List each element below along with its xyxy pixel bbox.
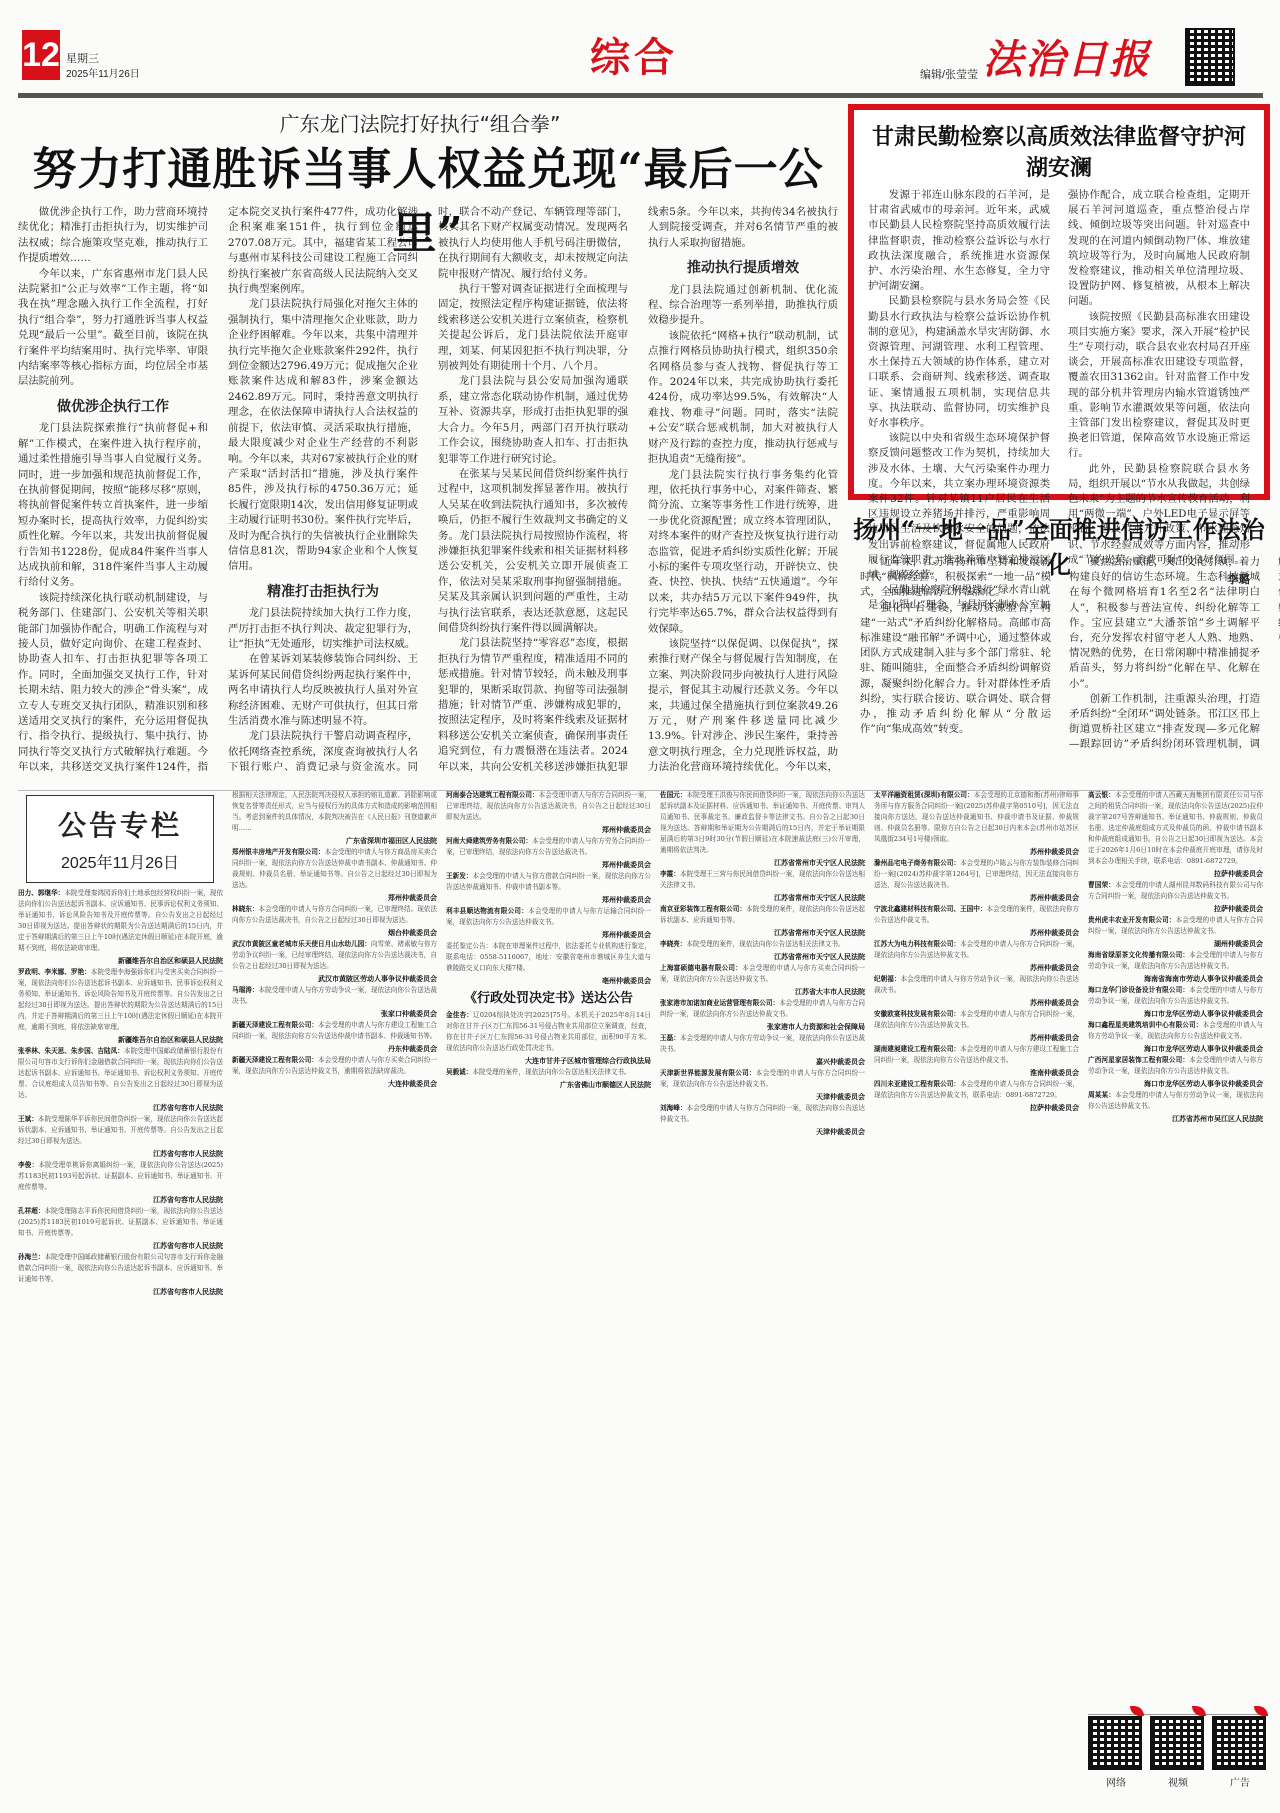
notice-issuer: 江苏省句容市人民法院 bbox=[18, 1195, 223, 1206]
notice-recipient: 新疆天泽建设工程有限公司 bbox=[232, 1056, 311, 1064]
notice-separator: ： bbox=[466, 1011, 473, 1019]
notice-separator: ： bbox=[364, 940, 371, 948]
notice-recipient: 湖南建昶建设工程有限公司 bbox=[874, 1045, 953, 1053]
second-paragraph: 近年来，江苏省扬州市坚持和发展新时代“枫桥经验”，积极探索“一地一品”模式，全面… bbox=[860, 555, 1051, 601]
notice-issuer: 郑州仲裁委员会 bbox=[446, 895, 651, 906]
notice-text: 本会受理的申请人与你方合同纠纷一案，已审理终结。现依法向你方公告送达裁决书，自公… bbox=[232, 905, 437, 924]
notice-recipient: 王新发 bbox=[446, 872, 466, 880]
notice-recipient: 周某某 bbox=[1088, 1091, 1108, 1099]
notice-entry: 上海富硕德电器有限公司：本会受理的申请人与你方买卖合同纠纷一案，现依法向你方公告… bbox=[660, 963, 865, 985]
notice-column: 河南泰合达建筑工程有限公司：本会受理申请人与你方合同纠纷一案，已审理终结，现依法… bbox=[446, 790, 651, 1750]
notice-entry: 委托鉴定公告：本院在审理案件过程中，依法委托专业机构进行鉴定，联系电话：0558… bbox=[446, 941, 651, 974]
notice-entry: 利丰县顺达物流有限公司：本会受理的申请人与你方运输合同纠纷一案，现依法向你方公告… bbox=[446, 906, 651, 928]
notice-recipient: 江苏大为电力科技有限公司 bbox=[874, 940, 953, 948]
notice-issuer: 亳州仲裁委员会 bbox=[446, 976, 651, 987]
qr-code-icon[interactable] bbox=[1185, 28, 1235, 86]
lead-paragraph: 龙门县法院持续加大执行工作力度，严厉打击拒不执行判决、裁定犯罪行为，让“拒执”无… bbox=[228, 606, 418, 652]
notice-separator: ： bbox=[953, 1010, 960, 1018]
notice-entry: 李晓亮：本院受理的案件，现依法向你公告送达相关法律文书。 bbox=[660, 939, 865, 950]
notice-text: 本院受理中国邮政储蓄银行股份有限公司句容市支行诉你金融借款合同纠纷一案，现依法向… bbox=[18, 1253, 223, 1283]
notice-separator: ： bbox=[967, 791, 974, 799]
boxed-paragraph: 发源于祁连山脉东段的石羊河，是甘肃省武威市的母亲河。近年来，武威市民勤县人民检察… bbox=[868, 188, 1050, 294]
notice-issuer: 湖州仲裁委员会 bbox=[1088, 939, 1263, 950]
notice-separator: ： bbox=[84, 968, 91, 976]
notice-issuer: 天津仲裁委员会 bbox=[660, 1092, 865, 1103]
notice-recipient: 滁州品宅电子商务有限公司 bbox=[874, 859, 953, 867]
notice-issuer: 大连仲裁委员会 bbox=[232, 1079, 437, 1090]
notice-entry: 李俊：本院受理单桃诉你离婚纠纷一案，现依法向你公告送达(2025)苏1183民初… bbox=[18, 1160, 223, 1193]
notice-text: 本会受理的申请人湖州昆邦数码科技有限公司与你方合同纠纷一案，现依法向你公告送达仲… bbox=[1088, 881, 1263, 900]
notice-entry: 海口龙华门诊设备设计有限公司：本会受理的申请人与你方劳动争议一案，现依法向你方公… bbox=[1088, 985, 1263, 1007]
notice-entry: 王新发：本会受理的申请人与你方借款合同纠纷一案，现依法向你方公告送达仲裁通知书、… bbox=[446, 871, 651, 893]
notice-separator: ： bbox=[953, 859, 960, 867]
notice-column: 佐国元：本院受理王洪俊与你民间借贷纠纷一案，现依法向你公告送达起诉状副本及证据材… bbox=[660, 790, 865, 1750]
notice-recipient: 田力、郭继华 bbox=[18, 889, 58, 897]
notice-separator: ： bbox=[117, 1047, 124, 1055]
notice-entry: 张家港市加诺加商业运营管理有限公司：本会受理的申请人与你方合同纠纷一案，现依法向… bbox=[660, 998, 865, 1020]
notice-text: 本院受理李海强诉你们与受害买卖合同纠纷一案，现依法向你们公告送达起诉书副本、应诉… bbox=[18, 968, 223, 1031]
notice-entry: 天津新世界能源发展有限公司：本会受理的申请人与你方合同纠纷一案，现依法向你方公告… bbox=[660, 1068, 865, 1090]
notice-recipient: 王磊 bbox=[660, 1034, 673, 1042]
second-paragraph: 强化平台建设，推动资源整合，构建“一站式”矛盾纠纷化解格局。高邮市高标准建设“融… bbox=[860, 601, 1051, 738]
notice-issuer: 苏州仲裁委员会 bbox=[874, 847, 1079, 858]
notice-text: 本院受理王三营与你民间借贷纠纷一案，现依法向你公告送达相关法律文书。 bbox=[660, 870, 865, 889]
notice-entry: 吴毅诚：本院受理的案件，现依法向你公告送达相关法律文书。 bbox=[446, 1067, 651, 1078]
notice-separator: ： bbox=[1169, 916, 1176, 924]
notice-entry: 河南大舜建筑劳务有限公司：本会受理的申请人与你方劳务合同纠纷一案，已审理终结，现… bbox=[446, 836, 651, 858]
notice-issuer: 苏州仲裁委员会 bbox=[874, 998, 1079, 1009]
notice-text: 本会受理的申请人与你方劳动争议一案，现依法向你公告送达仲裁文书。 bbox=[1088, 1091, 1263, 1110]
notice-column: 太平洋融资租赁(深圳)有限公司：本会受理的北京德和衡(苏州)律师事务所与你方服务… bbox=[874, 790, 1079, 1750]
notice-issuer: 江苏省句容市人民法院 bbox=[18, 1103, 223, 1114]
lead-subhead: 做优涉企执行工作 bbox=[18, 400, 208, 415]
notice-issuer: 天津仲裁委员会 bbox=[660, 1127, 865, 1138]
boxed-paragraph: 该院按照《民勤县高标准农田建设项目实施方案》要求，深入开展“检护民生”专项行动，… bbox=[1068, 310, 1250, 462]
notice-text: 本院受理申请人与你方劳动争议一案，现依法向你公告送达裁决书。 bbox=[232, 986, 437, 1005]
notice-text: 本院受理的案件，现依法向你公告送达相关法律文书。 bbox=[686, 940, 844, 948]
notice-separator: ： bbox=[1108, 881, 1115, 889]
notice-entry: 纪朝福：本会受理的申请人与你方劳动争议一案，现依法向你公告送达裁决书。 bbox=[874, 974, 1079, 996]
notice-recipient: 宁波北鑫建材科技有限公司、王国中 bbox=[874, 905, 980, 913]
notice-entry: 宁波北鑫建材科技有限公司、王国中：本会受理的案件，现依法向你方公告送达仲裁文书。 bbox=[874, 904, 1079, 926]
notice-issuer: 江苏省常州市天宁区人民法院 bbox=[660, 928, 865, 939]
notice-entry: 南京亚彩装饰工程有限公司：本院受理的案件，现依法向你公告送达起诉状副本、应诉通知… bbox=[660, 904, 865, 926]
page-number: 12 bbox=[22, 30, 60, 80]
notice-text: 委托鉴定公告：本院在审理案件过程中，依法委托专业机构进行鉴定，联系电话：0558… bbox=[446, 942, 651, 972]
qr-label: 网络 bbox=[1088, 1774, 1144, 1789]
notice-separator: ： bbox=[739, 905, 746, 913]
notice-recipient: 罗政明、李米娜、罗艳 bbox=[18, 968, 84, 976]
notice-issuer: 海口市龙华区劳动人事争议仲裁委员会 bbox=[1088, 1044, 1263, 1055]
notice-entry: 四川未亚建设工程有限公司：本会受理的申请人与你方合同纠纷一案，现依法向你方公告送… bbox=[874, 1079, 1079, 1101]
notice-box-date: 2025年11月26日 bbox=[27, 850, 213, 873]
notice-text: 本院受理王洪俊与你民间借贷纠纷一案，现依法向你公告送达起诉状副本及证据材料、应诉… bbox=[660, 791, 865, 854]
qr-item-ads[interactable]: 广告 bbox=[1212, 1706, 1268, 1786]
notice-recipient: 海口龙华门诊设备设计有限公司 bbox=[1088, 986, 1182, 994]
publication-date: 2025年11月26日 bbox=[66, 65, 140, 80]
lead-subhead: 推动执行提质增效 bbox=[648, 261, 838, 276]
notice-entry: 太平洋融资租赁(深圳)有限公司：本会受理的北京德和衡(苏州)律师事务所与你方服务… bbox=[874, 790, 1079, 845]
notice-text: 本会受理的申请人与你方劳动争议一案，现依法向你公告送达裁决书。 bbox=[874, 975, 1079, 994]
notice-issuer: 淮南仲裁委员会 bbox=[874, 1068, 1079, 1079]
qr-label: 视频 bbox=[1150, 1774, 1206, 1789]
notice-entry: 王磊：本会受理的申请人与你方劳动争议一案，现依法向你公告送达裁决书。 bbox=[660, 1033, 865, 1055]
notice-recipient: 天津新世界能源发展有限公司 bbox=[660, 1069, 749, 1077]
notice-issuer: 广东省佛山市顺德区人民法院 bbox=[446, 1080, 651, 1091]
lead-intro-paragraph: 做优涉企执行工作，助力营商环境持续优化；精准打击拒执行为，切实维护司法权威；综合… bbox=[18, 205, 208, 267]
notice-issuer: 广东省深圳市福田区人民法院 bbox=[232, 836, 437, 847]
notice-recipient: 李霞 bbox=[660, 870, 673, 878]
notice-entry: 佐国元：本院受理王洪俊与你民间借贷纠纷一案，现依法向你公告送达起诉状副本及证据材… bbox=[660, 790, 865, 856]
notice-issuer: 江苏省句容市人民法院 bbox=[18, 1287, 223, 1298]
notice-recipient: 佐国元 bbox=[660, 791, 680, 799]
notice-recipient: 金佳杏 bbox=[446, 1011, 466, 1019]
boxed-article: 甘肃民勤检察以高质效法律监督守护河湖安澜 发源于祁连山脉东段的石羊河，是甘肃省武… bbox=[848, 104, 1270, 500]
weekday: 星期三 bbox=[66, 50, 99, 66]
notice-issuer: 苏州仲裁委员会 bbox=[874, 893, 1079, 904]
notice-recipient: 吴毅诚 bbox=[446, 1068, 466, 1076]
masthead-rule bbox=[18, 93, 1263, 98]
notice-issuer: 郑州仲裁委员会 bbox=[232, 893, 437, 904]
notice-issuer: 大连市甘井子区城市管理综合行政执法局 bbox=[446, 1056, 651, 1067]
notice-recipient: 李晓亮 bbox=[660, 940, 680, 948]
notice-entry: 广西河星家居装饰工程有限公司：本会受理的申请人与你方劳动争议一案，现依法向你方公… bbox=[1088, 1055, 1263, 1077]
red-corner-icon bbox=[1254, 1706, 1268, 1716]
notice-recipient: 武汉市黄陂区童老城市乐天使日月山水幼儿园 bbox=[232, 940, 364, 948]
notice-separator: ： bbox=[311, 1056, 318, 1064]
notice-recipient: 马瑞涛 bbox=[232, 986, 252, 994]
qr-item-video[interactable]: 视频 bbox=[1150, 1706, 1206, 1786]
notice-entry: 孙海兰：本院受理中国邮政储蓄银行股份有限公司句容市支行诉你金融借款合同纠纷一案，… bbox=[18, 1252, 223, 1285]
notice-entry: 河南泰合达建筑工程有限公司：本会受理申请人与你方合同纠纷一案，已审理终结，现依法… bbox=[446, 790, 651, 823]
notice-issuer: 江苏省句容市人民法院 bbox=[18, 1241, 223, 1252]
notice-issuer: 海口市龙华区劳动人事争议仲裁委员会 bbox=[1088, 1009, 1263, 1020]
notice-issuer: 苏州仲裁委员会 bbox=[874, 928, 1079, 939]
notice-entry: 安徽欧宴科技发展有限公司：本会受理的申请人与你方合同纠纷一案，现依法向你方公告送… bbox=[874, 1009, 1079, 1031]
notice-issuer: 嘉兴仲裁委员会 bbox=[660, 1057, 865, 1068]
notice-recipient: 河南泰合达建筑工程有限公司 bbox=[446, 791, 532, 799]
notice-entry: 张季林、朱天思、朱步国、吉陆凤：本院受理中国邮政储蓄银行股份有限公司句容市支行诉… bbox=[18, 1046, 223, 1101]
notice-text: 本会受理的申请人与你方劳动争议一案，现依法向你公告送达裁决书。 bbox=[660, 1034, 865, 1053]
notice-recipient: 刘海峰 bbox=[660, 1104, 680, 1112]
qr-code-row: 网络 视频 广告 bbox=[1088, 1706, 1268, 1796]
notice-issuer: 郑州仲裁委员会 bbox=[446, 825, 651, 836]
notice-text: 本会受理的申请人与你方借款合同纠纷一案，现依法向你方公告送达仲裁通知书、仲裁申请… bbox=[446, 872, 651, 891]
notice-recipient: 海口鑫程星美建筑培训中心有限公司 bbox=[1088, 1021, 1196, 1029]
lead-paragraph: 该院依托“网格+执行”联动机制，试点推行网格员协助执行模式，组织350余名网格员… bbox=[648, 329, 838, 468]
notice-issuer: 江苏省常州市天宁区人民法院 bbox=[660, 893, 865, 904]
notice-issuer: 苏州仲裁委员会 bbox=[874, 1033, 1079, 1044]
notice-text: 本院受理秦鸿园诉你们土地承包经营权纠纷一案，现依法向你们公告送达起诉书副本、应诉… bbox=[18, 889, 223, 952]
lead-paragraph: 龙门县法院探索推行“执前督促+和解”工作模式，在案件进入执行程序前，通过柔性措施… bbox=[18, 421, 208, 590]
boxed-paragraph: 民勤县检察院与县水务局会签《民勤县水行政执法与检察公益诉讼协作机制的意见》，构建… bbox=[868, 294, 1050, 431]
notice-issuer: 烟台仲裁委员会 bbox=[232, 928, 437, 939]
notice-entry: 新疆天泽建设工程有限公司：本会受理的申请人与你方建设工程施工合同纠纷一案，现依法… bbox=[232, 1020, 437, 1042]
editor-credit: 编辑/张莹莹 bbox=[920, 66, 978, 82]
notice-entry: 高云银：本会受理的申请人西藏天海集团有限责任公司与你之间的租赁合同纠纷一案，现依… bbox=[1088, 790, 1263, 867]
notice-recipient: 安徽欧宴科技发展有限公司 bbox=[874, 1010, 953, 1018]
notice-text: 本会受理的申请人与你方合同纠纷一案，现依法向你公告送达仲裁文书。 bbox=[660, 1104, 865, 1123]
lead-paragraph: 在张某与吴某民间借贷纠纷案件执行过程中，这项机制发挥显著作用。被执行人吴某在收到… bbox=[438, 467, 628, 636]
notice-issuer: 郑州仲裁委员会 bbox=[446, 860, 651, 871]
notice-column: 根据相关法律规定，人民法院判决侵权人承担的赔礼道歉、消除影响或恢复名誉等责任形式… bbox=[232, 790, 437, 1750]
notice-text: 本院受理的案件，现依法向你公告送达相关法律文书。 bbox=[472, 1068, 630, 1076]
notice-column: 高云银：本会受理的申请人西藏天海集团有限责任公司与你之间的租赁合同纠纷一案，现依… bbox=[1088, 790, 1263, 1690]
notice-text: 本院受理陈志平诉你民间借贷纠纷一案，现依法向你公告送达(2025)苏1183民初… bbox=[18, 1207, 223, 1237]
lead-subhead: 精准打击拒执行为 bbox=[228, 585, 418, 600]
notice-entry: 刘海峰：本会受理的申请人与你方合同纠纷一案，现依法向你公告送达仲裁文书。 bbox=[660, 1103, 865, 1125]
notice-separator: ： bbox=[749, 1069, 756, 1077]
notice-recipient: 海南省绿原茶文化传播有限公司 bbox=[1088, 951, 1182, 959]
notice-text: 根据相关法律规定，人民法院判决侵权人承担的赔礼道歉、消除影响或恢复名誉等责任形式… bbox=[232, 791, 437, 832]
notice-recipient: 郑州银丰房地产开发有限公司 bbox=[232, 848, 318, 856]
notice-entry: 海口鑫程星美建筑培训中心有限公司：本会受理的申请人与你方劳动争议一案，现依法向你… bbox=[1088, 1020, 1263, 1042]
notice-recipient: 广西河星家居装饰工程有限公司 bbox=[1088, 1056, 1182, 1064]
notice-recipient: 新疆天泽建设工程有限公司 bbox=[232, 1021, 311, 1029]
notice-entry: 曹国荣：本会受理的申请人湖州昆邦数码科技有限公司与你方合同纠纷一案，现依法向你公… bbox=[1088, 880, 1263, 902]
notice-separator: ： bbox=[1196, 1021, 1203, 1029]
notice-recipient: 林晓东 bbox=[232, 905, 252, 913]
notice-subtitle: 《行政处罚决定书》送达公告 bbox=[446, 993, 651, 1004]
notice-issuer: 江苏省大丰市人民法院 bbox=[660, 987, 865, 998]
notice-entry: 郑州银丰房地产开发有限公司：本会受理的申请人与你方商品房买卖合同纠纷一案，现依法… bbox=[232, 847, 437, 891]
notice-separator: ： bbox=[31, 1115, 38, 1123]
notice-section: 田力、郭继华：本院受理秦鸿园诉你们土地承包经营权纠纷一案，现依法向你们公告送达起… bbox=[18, 790, 1098, 1730]
notice-text: 本会受理的申请人西藏天海集团有限责任公司与你之间的租赁合同纠纷一案，现依法向你公… bbox=[1088, 791, 1263, 865]
lead-paragraph: 龙门县法院实行执行事务集约化管理，依托执行事务中心，对案件筛查、繁简分流、立案等… bbox=[648, 468, 838, 637]
notice-entry: 江苏大为电力科技有限公司：本会受理的申请人与你方合同纠纷一案，现依法向你方公告送… bbox=[874, 939, 1079, 961]
lead-paragraph: 龙门县法院执行局强化对拖欠主体的强制执行，集中清理拖欠企业账款，助力企业纾困解难… bbox=[228, 297, 418, 574]
notice-recipient: 孙海兰 bbox=[18, 1253, 38, 1261]
lead-intro-paragraph: 今年以来，广东省惠州市龙门县人民法院紧扣“公正与效率”工作主题，将“如我在执”理… bbox=[18, 267, 208, 390]
notice-separator: ： bbox=[311, 1021, 318, 1029]
notice-recipient: 张季林、朱天思、朱步国、吉陆凤 bbox=[18, 1047, 117, 1055]
notice-separator: ： bbox=[318, 848, 325, 856]
notice-recipient: 四川未亚建设工程有限公司 bbox=[874, 1080, 953, 1088]
notice-issuer: 江苏省常州市天宁区人民法院 bbox=[660, 858, 865, 869]
notice-recipient: 利丰县顺达物流有限公司 bbox=[446, 907, 521, 915]
second-article-body: 近年来，江苏省扬州市坚持和发展新时代“枫桥经验”，积极探索“一地一品”模式，全面… bbox=[860, 555, 1260, 755]
notice-entry: 李霞：本院受理王三营与你民间借贷纠纷一案，现依法向你公告送达相关法律文书。 bbox=[660, 869, 865, 891]
notice-issuer: 张家口仲裁委员会 bbox=[232, 1009, 437, 1020]
notice-entry: 海南省绿原茶文化传播有限公司：本会受理的申请人与你方劳动争议一案，现依法向你方公… bbox=[1088, 950, 1263, 972]
notice-recipient: 太平洋融资租赁(深圳)有限公司 bbox=[874, 791, 967, 799]
notice-separator: ： bbox=[673, 1034, 680, 1042]
notice-entry: 滁州品宅电子商务有限公司：本会受理的卢陈云与你方装饰装修合同纠纷一案[(2024… bbox=[874, 858, 1079, 891]
notice-entry: 罗政明、李米娜、罗艳：本院受理李海强诉你们与受害买卖合同纠纷一案，现依法向你们公… bbox=[18, 967, 223, 1033]
notice-separator: ： bbox=[673, 870, 680, 878]
notice-entry: 孔祥超：本院受理陈志平诉你民间借贷纠纷一案，现依法向你公告送达(2025)苏11… bbox=[18, 1206, 223, 1239]
section-title: 综合 bbox=[590, 26, 678, 83]
notice-issuer: 郑州仲裁委员会 bbox=[446, 930, 651, 941]
lead-paragraph: 龙门县法院通过创新机制、优化流程、综合治理等一系列举措，助推执行质效稳步提升。 bbox=[648, 283, 838, 329]
notice-separator: ： bbox=[1108, 791, 1115, 799]
notice-text: 本院受理单桃诉你离婚纠纷一案，现依法向你公告送达(2025)苏1183民初119… bbox=[18, 1161, 223, 1191]
lead-paragraph: 龙门县法院与县公安局加强沟通联系，建立常态化联动协作机制，通过优势互补、资源共享… bbox=[438, 374, 628, 466]
notice-entry: 王斌：本院受理陈华平诉你民间借贷纠纷一案，现依法向你公告送达起诉状副本、应诉通知… bbox=[18, 1114, 223, 1147]
notice-separator: ： bbox=[953, 1080, 960, 1088]
notice-entry: 金佳杏：辽0204综执处决字[2025]75号。本机关于2025年8月14日对你… bbox=[446, 1010, 651, 1054]
notice-issuer: 新疆维吾尔自治区和硕县人民法院 bbox=[18, 956, 223, 967]
notice-issuer: 武汉市黄陂区劳动人事争议仲裁委员会 bbox=[232, 974, 437, 985]
red-corner-icon bbox=[1192, 1706, 1206, 1716]
notice-separator: ： bbox=[532, 791, 539, 799]
lead-article-body: 做优涉企执行工作，助力营商环境持续优化；精准打击拒执行为，切实维护司法权威；综合… bbox=[18, 205, 838, 785]
notice-column: 田力、郭继华：本院受理秦鸿园诉你们土地承包经营权纠纷一案，现依法向你们公告送达起… bbox=[18, 790, 223, 1750]
notice-issuer: 新疆维吾尔自治区和硕县人民法院 bbox=[18, 1035, 223, 1046]
notice-text: 辽0204综执处决字[2025]75号。本机关于2025年8月14日对你在甘井子… bbox=[446, 1011, 651, 1052]
notice-recipient: 张家港市加诺加商业运营管理有限公司 bbox=[660, 999, 772, 1007]
notice-column-header: 公告专栏 2025年11月26日 bbox=[26, 795, 214, 883]
qr-code-icon[interactable] bbox=[1088, 1716, 1142, 1770]
notice-entry: 林晓东：本会受理的申请人与你方合同纠纷一案，已审理终结。现依法向你方公告送达裁决… bbox=[232, 904, 437, 926]
qr-item-network[interactable]: 网络 bbox=[1088, 1706, 1144, 1786]
notice-box-title: 公告专栏 bbox=[27, 804, 213, 844]
notice-recipient: 南京亚彩装饰工程有限公司 bbox=[660, 905, 739, 913]
notice-entry: 马瑞涛：本院受理申请人与你方劳动争议一案，现依法向你公告送达裁决书。 bbox=[232, 985, 437, 1007]
notice-issuer: 苏州仲裁委员会 bbox=[874, 963, 1079, 974]
notice-entry: 新疆天泽建设工程有限公司：本会受理的申请人与你方买卖合同纠纷一案，现依法向你方公… bbox=[232, 1055, 437, 1077]
lead-paragraph: 执行干警对调查证据进行全面梳理与固定，按照法定程序构建证据链，依法将线索移送公安… bbox=[438, 282, 628, 374]
notice-text: 本院受理陈华平诉你民间借贷纠纷一案，现依法向你公告送达起诉状副本、应诉通知书、举… bbox=[18, 1115, 223, 1145]
qr-code-icon[interactable] bbox=[1150, 1716, 1204, 1770]
notice-issuer: 海南省海南市劳动人事争议仲裁委员会 bbox=[1088, 974, 1263, 985]
notice-recipient: 孔祥超 bbox=[18, 1207, 38, 1215]
notice-issuer: 拉萨仲裁委员会 bbox=[1088, 869, 1263, 880]
notice-recipient: 曹国荣 bbox=[1088, 881, 1108, 889]
notice-issuer: 丹东仲裁委员会 bbox=[232, 1044, 437, 1055]
lead-paragraph: 在曾某诉刘某装修装饰合同纠纷、王某诉何某民间借贷纠纷两起执行案件中，两名申请执行… bbox=[228, 652, 418, 729]
notice-issuer: 江苏省句容市人民法院 bbox=[18, 1149, 223, 1160]
notice-recipient: 河南大舜建筑劳务有限公司 bbox=[446, 837, 525, 845]
notice-recipient: 纪朝福 bbox=[874, 975, 894, 983]
notice-separator: ： bbox=[525, 837, 532, 845]
notice-recipient: 李俊 bbox=[18, 1161, 32, 1169]
newspaper-logo: 法治日报 bbox=[983, 28, 1151, 85]
notice-issuer: 江苏省苏州市吴江区人民法院 bbox=[1088, 1114, 1263, 1125]
notice-entry: 周某某：本会受理的申请人与你方劳动争议一案，现依法向你公告送达仲裁文书。 bbox=[1088, 1090, 1263, 1112]
red-corner-icon bbox=[1130, 1706, 1144, 1716]
notice-recipient: 上海富硕德电器有限公司 bbox=[660, 964, 735, 972]
notice-issuer: 江苏省常州市天宁区人民法院 bbox=[660, 952, 865, 963]
masthead: 12 星期三 2025年11月26日 综合 编辑/张莹莹 法治日报 bbox=[0, 0, 1280, 95]
qr-label: 广告 bbox=[1212, 1774, 1268, 1789]
notice-issuer: 海口市龙华区劳动人事争议仲裁委员会 bbox=[1088, 1079, 1263, 1090]
notice-issuer: 拉萨仲裁委员会 bbox=[874, 1103, 1079, 1114]
boxed-headline: 甘肃民勤检察以高质效法律监督守护河湖安澜 bbox=[868, 120, 1250, 182]
notice-entry: 田力、郭继华：本院受理秦鸿园诉你们土地承包经营权纠纷一案，现依法向你们公告送达起… bbox=[18, 888, 223, 954]
notice-entry: 贵州虎丰农业开发有限公司：本会受理的申请人与你方合同纠纷一案，现依法向你方公告送… bbox=[1088, 915, 1263, 937]
notice-entry: 湖南建昶建设工程有限公司：本会受理的申请人与你方建设工程施工合同纠纷一案，现依法… bbox=[874, 1044, 1079, 1066]
notice-recipient: 高云银 bbox=[1088, 791, 1108, 799]
notice-separator: ： bbox=[953, 1045, 960, 1053]
notice-issuer: 拉萨仲裁委员会 bbox=[1088, 904, 1263, 915]
notice-recipient: 王斌 bbox=[18, 1115, 31, 1123]
notice-recipient: 贵州虎丰农业开发有限公司 bbox=[1088, 916, 1169, 924]
qr-code-icon[interactable] bbox=[1212, 1716, 1266, 1770]
notice-entry: 根据相关法律规定，人民法院判决侵权人承担的赔礼道歉、消除影响或恢复名誉等责任形式… bbox=[232, 790, 437, 834]
notice-issuer: 张家港市人力资源和社会保障局 bbox=[660, 1022, 865, 1033]
second-paragraph: 聚焦法治赋能，突出文化引领，着力构建良好的信访生态环境。生态科技新城在每个微网格… bbox=[1069, 555, 1260, 692]
notice-separator: ： bbox=[1108, 1091, 1115, 1099]
notice-separator: ： bbox=[953, 940, 960, 948]
notice-entry: 武汉市黄陂区童老城市乐天使日月山水幼儿园：向雪荣、褚素敏与你方劳动争议纠纷一案，… bbox=[232, 939, 437, 972]
